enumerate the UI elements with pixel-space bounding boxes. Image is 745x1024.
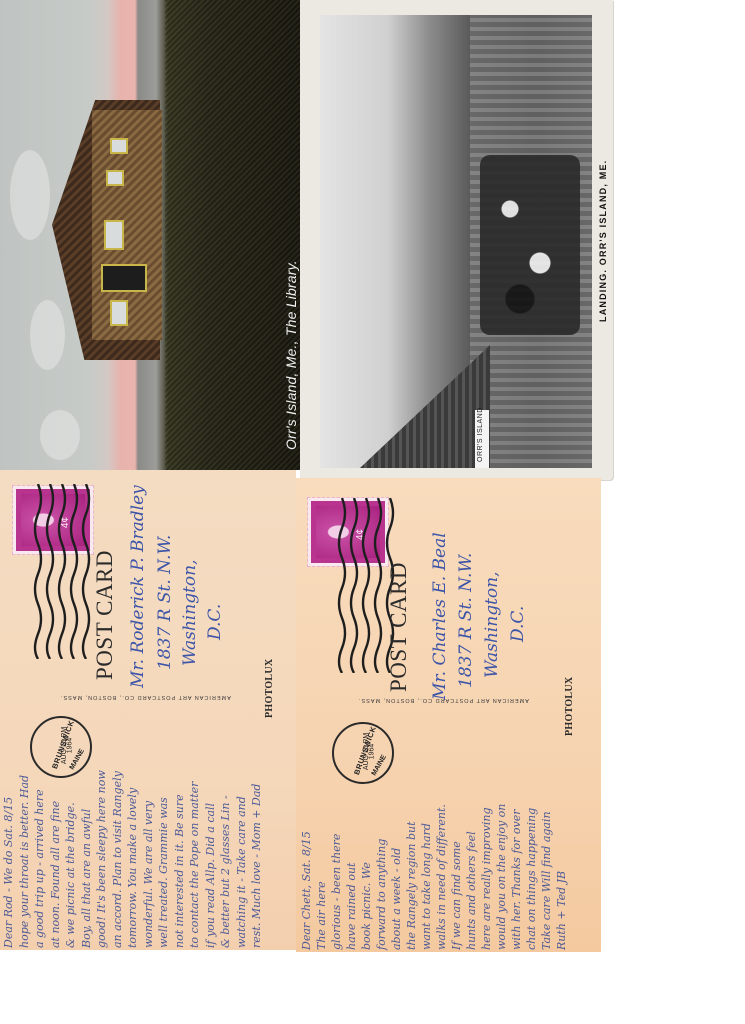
landing-caption: LANDING. ORR'S ISLAND, ME. [598, 160, 608, 322]
post-card-label: POST CARD [92, 550, 118, 680]
message-line: book picnic. We [360, 862, 373, 950]
message-line: chat on things happening [525, 808, 538, 950]
message-line: want to take long hard [420, 823, 433, 950]
message-line: the Rangely region but [405, 821, 418, 950]
address-line: D.C. [508, 606, 528, 642]
address-line: D.C. [205, 604, 225, 640]
message-line: would you on the enjoy on [495, 804, 508, 950]
message-line: hunts and others feel [465, 831, 478, 950]
publisher-line: AMERICAN ART POSTCARD CO., BOSTON, MASS. [358, 697, 529, 703]
cloud [30, 300, 65, 370]
message-line: Boy, all that are an awful [80, 809, 93, 948]
address-line: Washington, [180, 560, 200, 667]
postcard-front-library: Orr's Island, Me., The Library. [0, 0, 300, 470]
message-line: to contact the Pope on matter [188, 782, 201, 948]
brand-photolux: PHOTOLUX [264, 659, 275, 718]
message-line: Take care Will find again [540, 811, 553, 950]
message-line: rest. Much love - Mom + Dad [250, 784, 263, 948]
postcard-front-landing: ORR'S ISLAND LANDING. ORR'S ISLAND, ME. [300, 0, 613, 480]
message-line: walks in need of different. [435, 804, 448, 950]
postcard-back-right: 4¢ POST CARD Mr. Charles E. Beal 1837 R … [296, 478, 601, 952]
post-card-label: POST CARD [386, 562, 412, 692]
message-line: here are really improving [480, 808, 493, 950]
address-line: Mr. Charles E. Beal [430, 532, 450, 700]
message-line: an accord. Plan to visit Rangely [111, 771, 124, 948]
brand-photolux: PHOTOLUX [564, 677, 575, 736]
message-line: at noon. Found all are fine [49, 801, 62, 948]
island-sign: ORR'S ISLAND [475, 410, 489, 468]
postcard-back-left: 4¢ POST CARD Mr. Roderick P. Bradley 183… [0, 470, 296, 950]
message-line: have rained out [345, 863, 358, 950]
message-line: forward to anything [375, 839, 388, 950]
window [104, 220, 124, 250]
window [106, 170, 124, 186]
address-line: 1837 R St. N.W. [456, 553, 476, 688]
message-line: well treated. Grammie was [157, 797, 170, 948]
message-line: hope your throat is better. Had [18, 775, 31, 948]
address-line: Washington, [482, 572, 502, 679]
message-line: if you read Allp. Did a call [204, 803, 217, 948]
window [110, 300, 128, 326]
address-line: 1837 R St. N.W. [155, 535, 175, 670]
message-line: watching it - Take care and [235, 796, 248, 948]
window [110, 138, 128, 154]
message-line: glorious - been there [330, 834, 343, 950]
field-ground [165, 0, 300, 470]
library-door [101, 264, 147, 292]
sign-text: ORR'S ISLAND [477, 407, 484, 462]
cloud [40, 410, 80, 460]
message-line: & better but 2 glasses Lin - [219, 795, 232, 948]
postmark-brunswick: BRUNSWICK AUG 15 PM 1964 MAINE [332, 722, 394, 784]
message-line: Dear Chett, Sat. 8/15 [300, 831, 313, 950]
address-line: Mr. Roderick P. Bradley [128, 485, 148, 688]
landing-photo: ORR'S ISLAND [320, 15, 592, 468]
message-line: wonderful. We are all very [142, 801, 155, 948]
message-line: with her. Thanks for over [510, 810, 523, 951]
crowd-of-people [480, 155, 580, 335]
wavy-cancellation [30, 484, 100, 659]
message-line: If we can find some [450, 841, 463, 950]
cloud [10, 150, 50, 240]
postmark-brunswick: BRUNSWICK AUG 15 PM 1964 MAINE [30, 716, 92, 778]
publisher-line: AMERICAN ART POSTCARD CO., BOSTON, MASS. [60, 694, 231, 700]
message-line: tomorrow. You make a lovely [126, 788, 139, 948]
message-line: a good trip up - arrived here [33, 789, 46, 948]
library-caption: Orr's Island, Me., The Library. [283, 260, 299, 450]
message-line: good! It's been sleepy here now [95, 770, 108, 948]
shed-roof [360, 345, 490, 468]
message-line: about a week - old [390, 848, 403, 950]
message-line: Dear Rod - We do Sat. 8/15 [2, 797, 15, 948]
postmark-year: 1964 [368, 744, 375, 760]
message-line: not interested in it. Be sure [173, 794, 186, 948]
postmark-year: 1964 [66, 738, 73, 754]
message-line: Ruth + Ted JB [555, 871, 568, 950]
message-line: & we picnic at the bridge. [64, 802, 77, 948]
message-line: The air here [315, 881, 328, 950]
